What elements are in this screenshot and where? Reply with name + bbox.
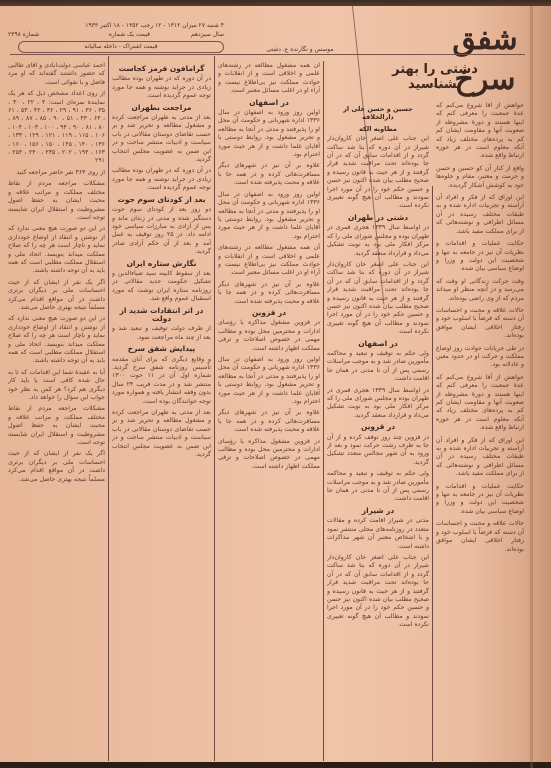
subhead: گرامافون قرمز کجاست xyxy=(112,65,211,73)
main-paragraph: حالات علاقه و محبت و احساسات آن دسته که … xyxy=(436,520,524,554)
date-line: ۴ شنبه ۲۷ میزان ۱۳۱۲ - ۱۲ رجب ۱۳۵۲ - ۱۸ … xyxy=(14,22,224,30)
subhead: در قزوین xyxy=(218,309,320,317)
subscription-box: قیمت اشتراک - داخله سالیانه xyxy=(18,41,224,53)
article-text: در اواسط سال ۱۳۳۹ هجری قمری در طهران بود… xyxy=(327,387,429,421)
column-five: احمد عباسی دولت‌آبادی و آقای طالبی که حض… xyxy=(8,62,105,757)
article-text: مشکلات مراجعه مردم از نقاط مختلف مملکت و… xyxy=(8,405,105,447)
article-text: اولین روز ورود به اصفهان در سال ۱۳۳۶ ادا… xyxy=(218,109,320,159)
issue-number: شماره ۲۳۹۸ xyxy=(8,31,48,39)
article-text: این جناب علی اصغر خان کاروان‌دار شیراز د… xyxy=(327,135,429,211)
article-text: در آن دوره که در طهران بوده مطالب زیادی … xyxy=(112,167,211,192)
article-text: علاوه بر آن نیز در شهرهای دیگر مسافرت‌ها… xyxy=(218,162,320,187)
article-text: بعد از مدتی به طهران مراجعت کرده و مشغول… xyxy=(112,409,211,459)
article-text: آیا به عقیدۀ شما این اقدامات که تا به حا… xyxy=(8,369,105,403)
article-text: آن همه مشغول مطالعه در رشته‌های علمی و ا… xyxy=(218,244,320,278)
article-text: مدتی در شیراز اقامت کرده و مقالات متعدد … xyxy=(327,517,429,551)
publisher-line: موسس و نگارنده ع. دشتی xyxy=(250,46,350,54)
article-text: علاوه بر آن نیز در شهرهای دیگر مسافرت‌ها… xyxy=(218,281,320,306)
main-paragraph: این اوراق که از فکر و افراد آن آراسته و … xyxy=(436,437,524,479)
article-text: در این دو صورت هیچ معنی ندارد که از نوشت… xyxy=(8,315,105,365)
article-text: مشکلات مراجعه مردم از نقاط مختلف مملکت و… xyxy=(8,180,105,222)
main-byline: دوست عزیز xyxy=(390,82,470,90)
subhead: در اصفهان xyxy=(218,99,320,107)
main-paragraph: حکایت عملیات و اقدامات و نظریات آن نیز د… xyxy=(436,240,524,274)
article-text: در قزوین مشغول مذاکره با رؤسای ادارات و … xyxy=(218,319,320,353)
year-label: سال سیزدهم xyxy=(150,31,224,39)
main-article-column: خواهش از آقا شروع می‌کنم که عدۀ جمعیت را… xyxy=(436,102,524,757)
subhead: در شیراز xyxy=(327,507,429,515)
column-four: گرامافون قرمز کجاست در آن دوره که در طهر… xyxy=(112,62,211,757)
article-text: از روی ۳۶۴ نفر حاضر مراجعه کنید xyxy=(8,169,105,177)
column-three: آن همه مشغول مطالعه در رشته‌های علمی و ا… xyxy=(218,62,320,757)
article-text: ولی حکم به توقیف و تبعید و محاکمه مأموری… xyxy=(327,470,429,504)
article-text: این جناب علی اصغر خان کاروان‌دار شیراز د… xyxy=(327,554,429,630)
column-divider xyxy=(108,56,109,761)
article-text: ولی حکم به توقیف و تبعید و محاکمه مأموری… xyxy=(327,350,429,384)
column-divider xyxy=(214,56,215,761)
subhead: در قزوین xyxy=(327,423,429,431)
subhead: حسین و حسن علی از دارالخلافه xyxy=(327,105,429,122)
article-text: بعد از سقوط کابینه سید ضیاءالدین و تشکیل… xyxy=(112,270,211,304)
article-text: این جناب علی اصغر خان کاروان‌دار شیراز د… xyxy=(327,261,429,337)
newspaper-page: شفق سرخ ۴ شنبه ۲۷ میزان ۱۳۱۲ - ۱۲ رجب ۱۳… xyxy=(0,6,551,762)
article-text: دو روز بعد از کودتای سوم حوت دستگیر شده … xyxy=(112,206,211,256)
article-text: در قزوین مشغول مذاکره با رؤسای ادارات و … xyxy=(218,438,320,472)
article-text: علاوه بر آن نیز در شهرهای دیگر مسافرت‌ها… xyxy=(218,409,320,434)
subhead: در اثر انتقادات شدید از دولت xyxy=(112,307,211,324)
article-text: در این دو صورت هیچ معنی ندارد که از نوشت… xyxy=(8,225,105,275)
main-paragraph: حالات علاقه و محبت و احساسات آن دسته که … xyxy=(436,307,524,341)
main-paragraph: واقع از کنار آن کو حسین و حسن و حرمت و م… xyxy=(436,165,524,190)
article-text: در اواسط سال ۱۳۳۹ هجری قمری در طهران بود… xyxy=(327,224,429,258)
article-text: اگر یک نفر از ایشان که از حیث احساسات مل… xyxy=(8,450,105,484)
article-text: از طرف دولت توقیف و تبعید شد و بعد از چن… xyxy=(112,325,211,342)
article-text: اولین روز ورود به اصفهان در سال ۱۳۳۶ ادا… xyxy=(218,356,320,406)
article-text: اگر یک نفر از ایشان که از حیث احساسات مل… xyxy=(8,279,105,313)
article-text: بعد از مدتی به طهران مراجعت کرده و مشغول… xyxy=(112,114,211,164)
issue-line: قیمت یک شماره xyxy=(50,31,150,39)
subhead: مراجعت بطهران xyxy=(112,104,211,112)
main-paragraph: این اوراق که از فکر و افراد آن آراسته و … xyxy=(436,194,524,236)
main-paragraph: در طی جریانات حوادث روز اوضاع مملکت و حر… xyxy=(436,345,524,370)
article-text: آن همه مشغول مطالعه در رشته‌های علمی و ا… xyxy=(218,62,320,96)
article-text: در آن دوره که در طهران بوده مطالب زیادی … xyxy=(112,75,211,100)
numbers-list: از روی اعداد مشخص ذیل که هر یک نمایندۀ ن… xyxy=(8,90,105,166)
main-intro: خواهش از آقا شروع می‌کنم که عدۀ جمعیت را… xyxy=(436,102,524,161)
masthead-rule xyxy=(10,54,525,55)
column-two: حسین و حسن علی از دارالخلافه مطاوبه الکه… xyxy=(327,102,429,757)
subhead: بعد از کودتای سوم حوت xyxy=(112,196,211,204)
subhead: نگارش ستاره ایران xyxy=(112,260,211,268)
subhead: پیدایش شفق سرخ xyxy=(112,345,211,353)
article-text: و وقایع دیگری که برای آنان مقدمه تأسیس ر… xyxy=(112,356,211,406)
subhead: در اصفهان xyxy=(327,340,429,348)
article-text: احمد عباسی دولت‌آبادی و آقای طالبی که حض… xyxy=(8,62,105,87)
subhead: دشتی در طهران xyxy=(327,214,429,222)
page-fold xyxy=(530,6,533,762)
article-text: در قزوین چند روز توقف کرده و از آن جا به… xyxy=(327,434,429,468)
column-divider xyxy=(323,61,324,761)
article-text: اولین روز ورود به اصفهان در سال ۱۳۳۶ ادا… xyxy=(218,191,320,241)
subhead: مطاوبه الکه xyxy=(327,125,429,133)
main-paragraph: خواهش از آقا شروع می‌کنم که عدۀ جمعیت را… xyxy=(436,374,524,433)
main-paragraph: حکایت عملیات و اقدامات و نظریات آن نیز د… xyxy=(436,483,524,517)
column-divider xyxy=(432,186,433,761)
main-paragraph: وقت حرکت زندگانی او وقت که می‌رسد و در آ… xyxy=(436,278,524,303)
